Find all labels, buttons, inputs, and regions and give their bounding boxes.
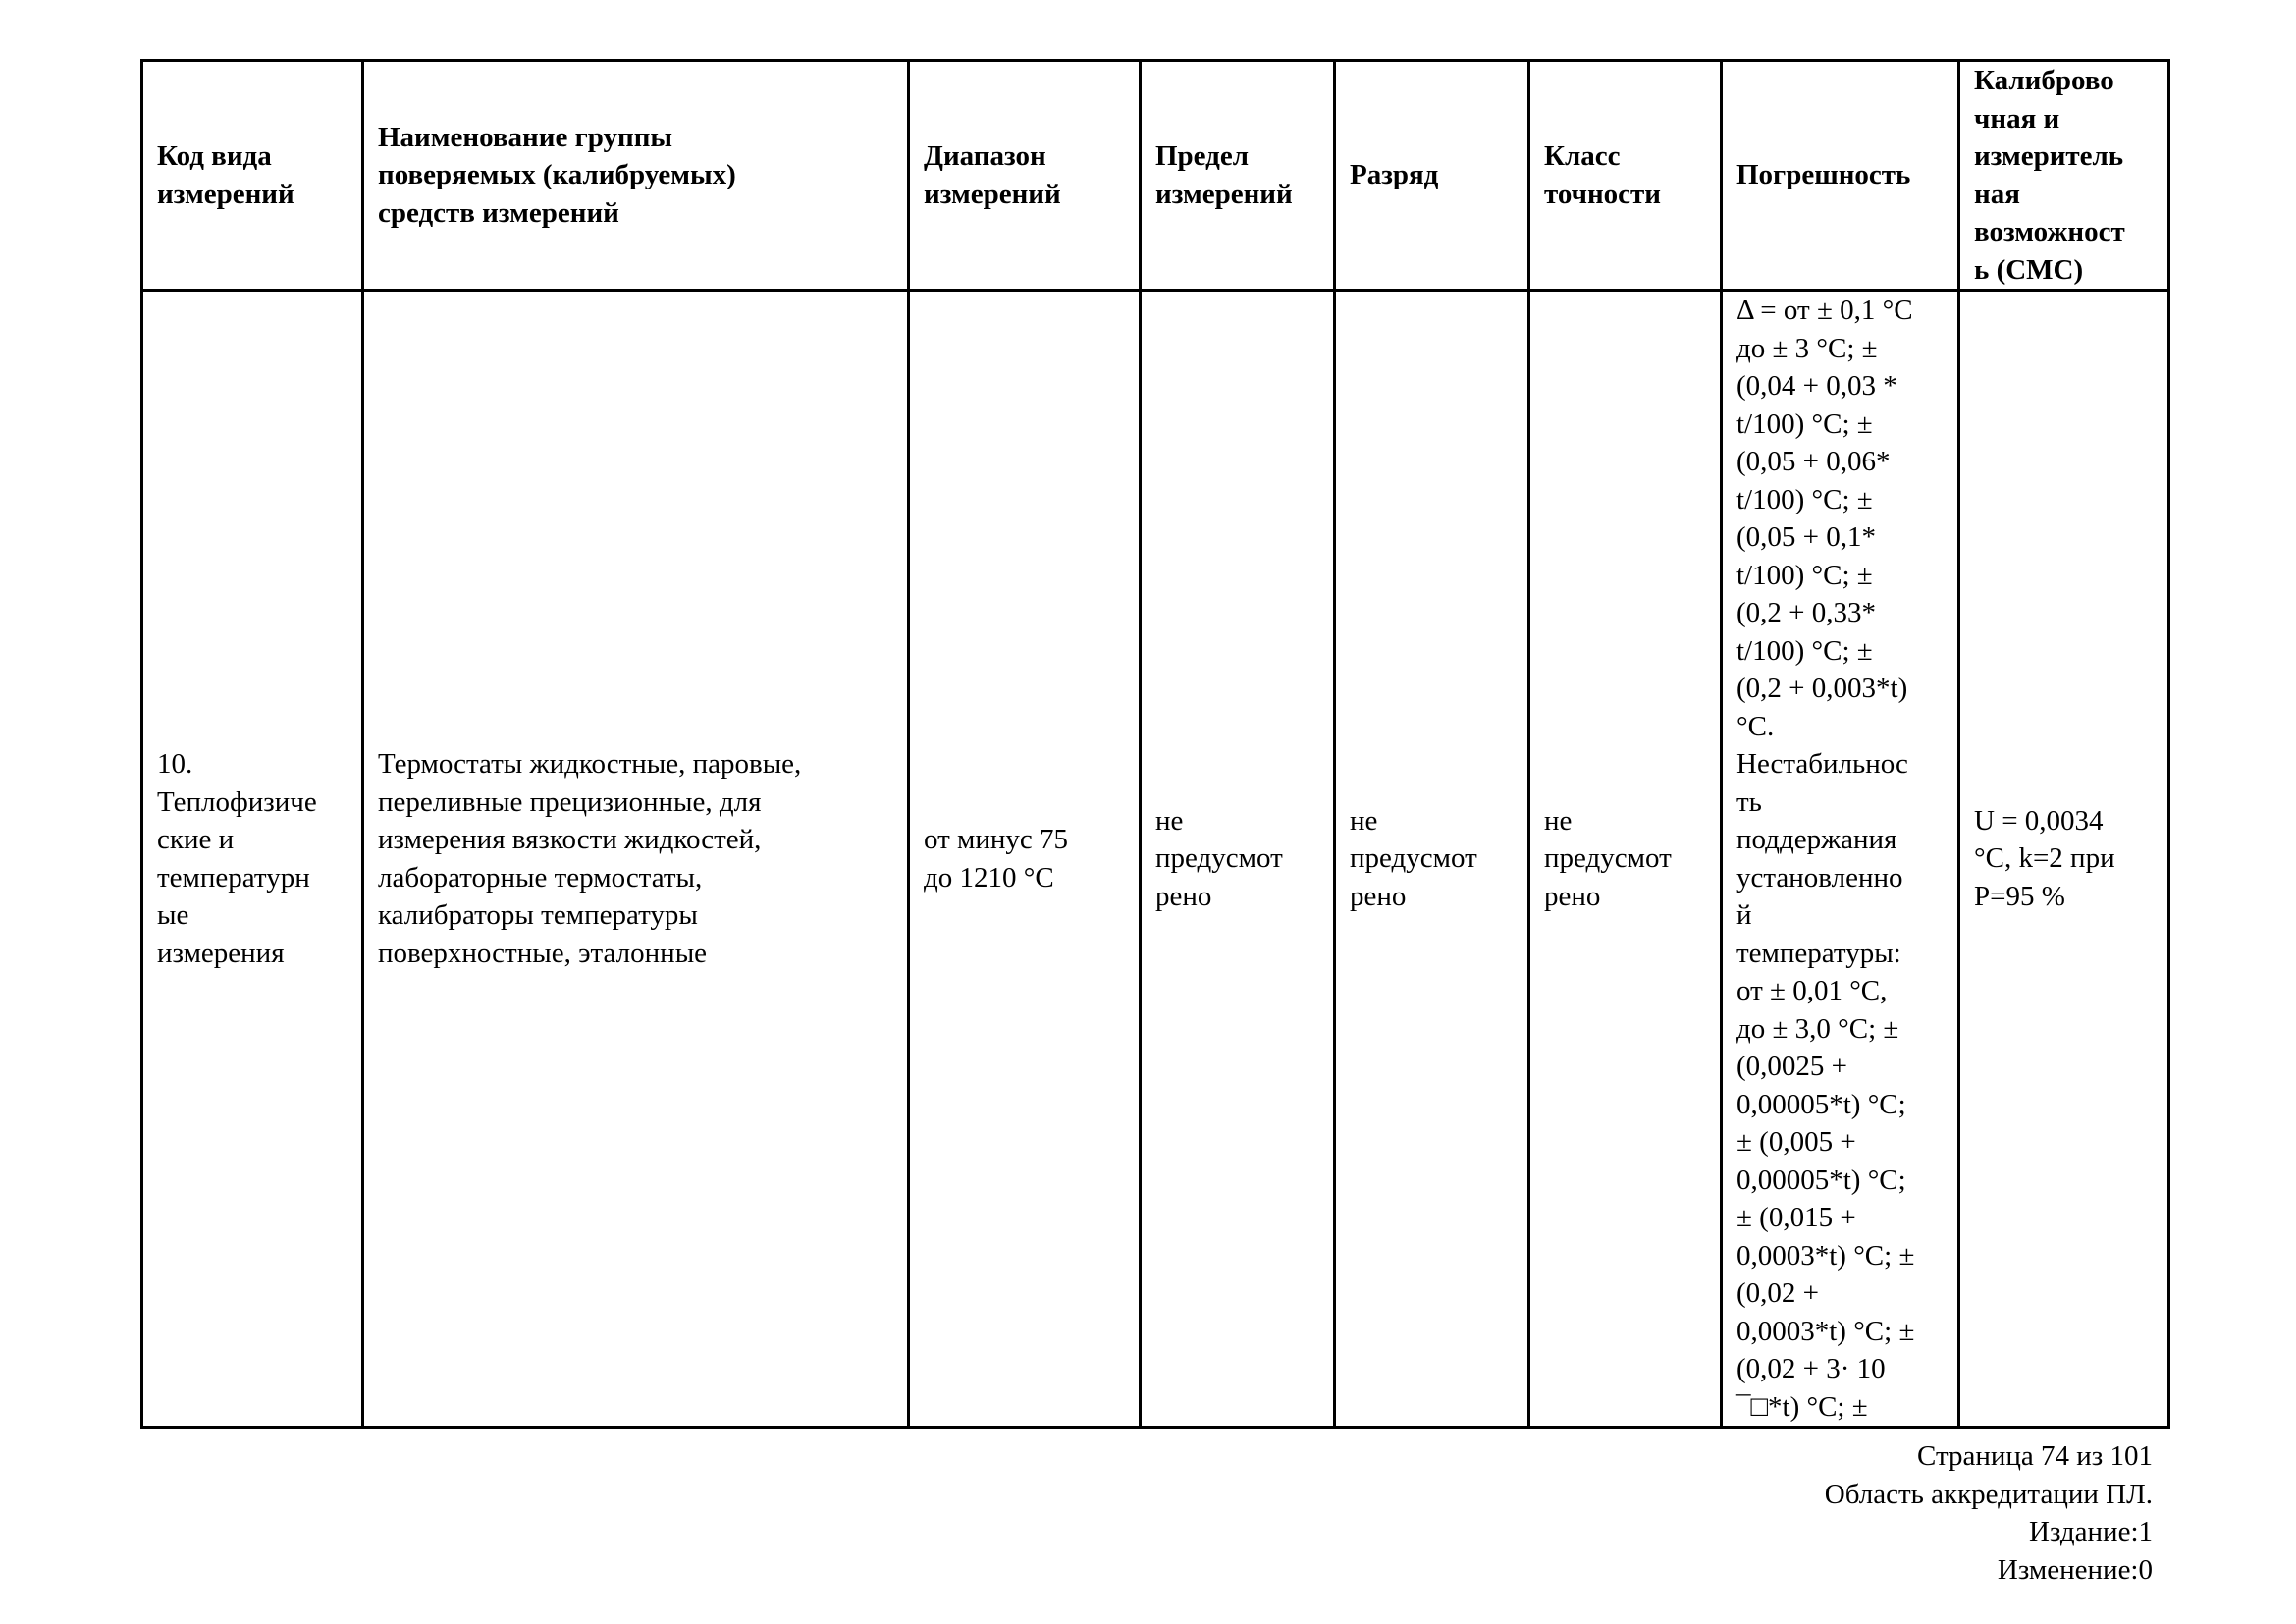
cell-measurement-limit: не предусмот рено [1141,291,1335,1428]
cell-instrument-group-text: Термостаты жидкостные, паровые, переливн… [378,748,801,969]
page-footer: Страница 74 из 101 Область аккредитации … [1825,1437,2153,1589]
cell-measurement-range: от минус 75 до 1210 °С [909,291,1141,1428]
cell-grade: не предусмот рено [1335,291,1529,1428]
header-measurement-range: Диапазон измерений [909,61,1141,291]
header-instrument-group: Наименование группы поверяемых (калибруе… [363,61,909,291]
cell-error: Δ = от ± 0,1 °С до ± 3 °С; ± (0,04 + 0,0… [1722,291,1959,1428]
document-page: Код вида измерений Наименование группы п… [0,0,2296,1624]
header-measurement-code-text: Код вида измерений [157,140,294,210]
edition-number: Издание:1 [1825,1513,2153,1551]
header-accuracy-class-text: Класс точности [1544,140,1661,210]
header-grade-text: Разряд [1350,159,1438,190]
cell-instrument-group: Термостаты жидкостные, паровые, переливн… [363,291,909,1428]
header-grade: Разряд [1335,61,1529,291]
cell-cmc: U = 0,0034 °С, k=2 при Р=95 % [1959,291,2169,1428]
cell-accuracy-class: не предусмот рено [1529,291,1722,1428]
table-header-row: Код вида измерений Наименование группы п… [142,61,2169,291]
header-cmc: Калиброво чная и измеритель ная возможно… [1959,61,2169,291]
header-cmc-text: Калиброво чная и измеритель ная возможно… [1974,65,2125,286]
header-measurement-range-text: Диапазон измерений [924,140,1061,210]
revision-number: Изменение:0 [1825,1551,2153,1590]
cell-error-text: Δ = от ± 0,1 °С до ± 3 °С; ± (0,04 + 0,0… [1736,295,1914,1423]
document-title: Область аккредитации ПЛ. [1825,1476,2153,1514]
cell-measurement-range-text: от минус 75 до 1210 °С [924,824,1068,893]
page-number: Страница 74 из 101 [1825,1437,2153,1476]
header-measurement-limit: Предел измерений [1141,61,1335,291]
header-measurement-code: Код вида измерений [142,61,363,291]
header-accuracy-class: Класс точности [1529,61,1722,291]
cell-measurement-code: 10. Теплофизиче ские и температурн ые из… [142,291,363,1428]
cell-grade-text: не предусмот рено [1350,805,1477,912]
header-instrument-group-text: Наименование группы поверяемых (калибруе… [378,122,736,229]
cell-accuracy-class-text: не предусмот рено [1544,805,1672,912]
table-row: 10. Теплофизиче ские и температурн ые из… [142,291,2169,1428]
cell-cmc-text: U = 0,0034 °С, k=2 при Р=95 % [1974,805,2115,912]
header-error: Погрешность [1722,61,1959,291]
header-measurement-limit-text: Предел измерений [1155,140,1293,210]
header-error-text: Погрешность [1736,159,1910,190]
cell-measurement-code-text: 10. Теплофизиче ские и температурн ые из… [157,748,317,969]
accreditation-scope-table: Код вида измерений Наименование группы п… [140,59,2170,1429]
cell-measurement-limit-text: не предусмот рено [1155,805,1283,912]
